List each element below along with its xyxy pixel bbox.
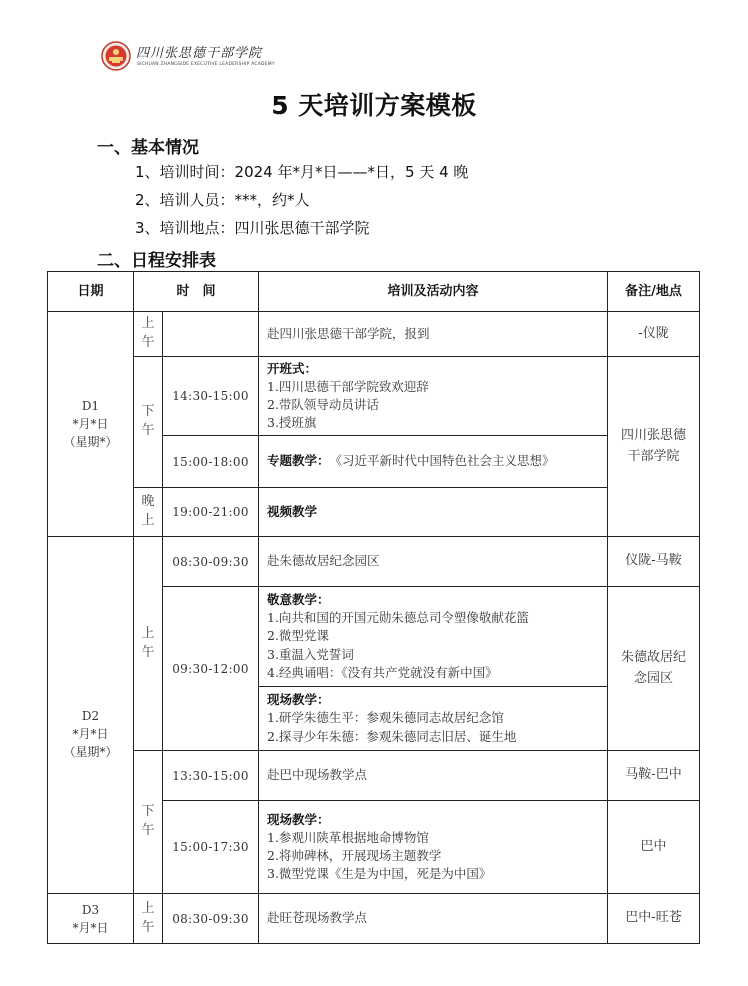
note-cell: 仪陇-马鞍 <box>607 536 700 587</box>
time-cell: 08:30-09:30 <box>162 893 259 944</box>
period-morning: 上午 <box>133 536 163 751</box>
page-title: 5 天培训方案模板 <box>0 86 748 122</box>
time-cell <box>162 311 259 357</box>
content-cell-tribute-lesson: 敬意教学： 1.向共和国的开国元勋朱德总司令塑像敬献花篮 2.微型党课 3.重温… <box>258 586 608 687</box>
period-afternoon: 下午 <box>133 356 163 488</box>
header-time: 时 间 <box>133 271 259 312</box>
info-training-time: 1、培训时间：2024 年*月*日——*日，5 天 4 晚 <box>135 161 468 182</box>
academy-english-name: SICHUAN ZHANGSIDE EXECUTIVE LEADERSHIP A… <box>137 62 275 67</box>
time-cell: 08:30-09:30 <box>162 536 259 587</box>
day-cell-d1: D1 *月*日 （星期*） <box>47 311 134 537</box>
note-cell-merged: 朱德故居纪念园区 <box>607 586 700 751</box>
note-cell: 巴中 <box>607 800 700 894</box>
period-morning: 上午 <box>133 311 163 357</box>
time-cell: 19:00-21:00 <box>162 487 259 537</box>
period-afternoon: 下午 <box>133 750 163 894</box>
day-cell-d2: D2 *月*日 （星期*） <box>47 536 134 894</box>
period-morning: 上午 <box>133 893 163 944</box>
day-cell-d3: D3 *月*日 <box>47 893 134 944</box>
content-cell-onsite-lesson: 现场教学： 1.研学朱德生平：参观朱德同志故居纪念馆 2.探寻少年朱德：参观朱德… <box>258 686 608 751</box>
content-cell: 赴朱德故居纪念园区 <box>258 536 608 587</box>
note-cell: -仪陇 <box>607 311 700 357</box>
academy-name: 四川张思德干部学院 <box>136 42 262 61</box>
header-content: 培训及活动内容 <box>258 271 608 312</box>
note-cell-merged: 四川张思德干部学院 <box>607 356 700 537</box>
time-cell: 15:00-18:00 <box>162 435 259 488</box>
content-cell-video-lesson: 视频教学 <box>258 487 608 537</box>
info-trainees: 2、培训人员：***，约*人 <box>135 189 310 210</box>
content-cell: 赴旺苍现场教学点 <box>258 893 608 944</box>
time-cell: 15:00-17:30 <box>162 800 259 894</box>
note-cell: 马鞍-巴中 <box>607 750 700 801</box>
content-cell-opening-ceremony: 开班式： 1.四川思德干部学院致欢迎辞 2.带队领导动员讲话 3.授班旗 <box>258 356 608 436</box>
content-cell: 赴巴中现场教学点 <box>258 750 608 801</box>
info-location: 3、培训地点：四川张思德干部学院 <box>135 217 370 238</box>
section-heading-basic-info: 一、基本情况 <box>97 133 199 158</box>
academy-emblem-icon <box>101 41 131 71</box>
period-evening: 晚上 <box>133 487 163 537</box>
day-weekday: （星期*） <box>63 433 117 451</box>
content-cell-special-lecture: 专题教学：《习近平新时代中国特色社会主义思想》 <box>258 435 608 488</box>
day-date: *月*日 <box>72 415 108 433</box>
time-cell: 14:30-15:00 <box>162 356 259 436</box>
time-cell: 09:30-12:00 <box>162 586 259 751</box>
header-date: 日期 <box>47 271 134 312</box>
header-note: 备注/地点 <box>607 271 700 312</box>
time-cell: 13:30-15:00 <box>162 750 259 801</box>
section-heading-schedule: 二、日程安排表 <box>97 246 216 271</box>
day-label: D1 <box>82 397 99 415</box>
note-cell: 巴中-旺苍 <box>607 893 700 944</box>
content-cell: 赴四川张思德干部学院，报到 <box>258 311 608 357</box>
content-cell-onsite-lesson: 现场教学： 1.参观川陕革根据地命博物馆 2.将帅碑林，开展现场主题教学 3.微… <box>258 800 608 894</box>
